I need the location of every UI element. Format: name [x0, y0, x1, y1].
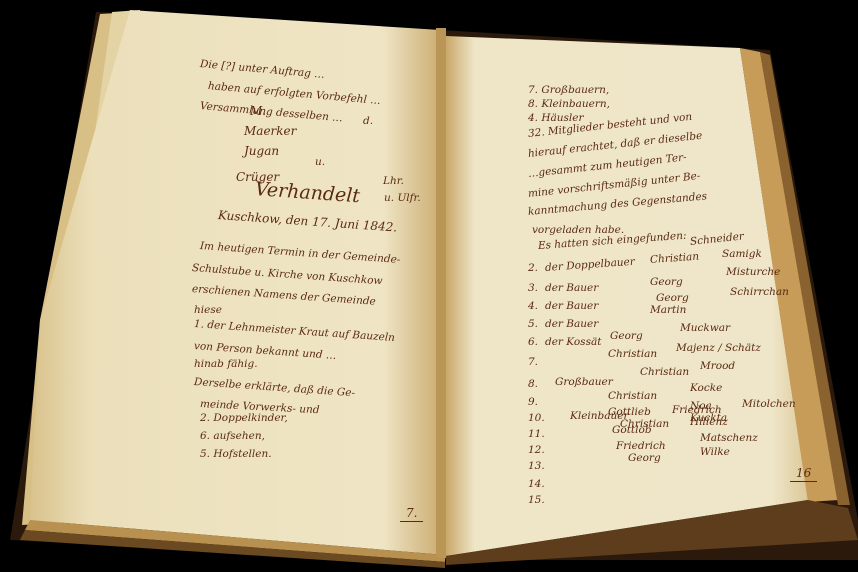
entry-2-last: Samigk	[722, 248, 762, 260]
body-line-10: 2. Doppelkinder,	[200, 412, 288, 424]
marginal-d: d.	[363, 115, 373, 127]
entry-4-first: Georg	[656, 292, 689, 304]
entry-12-num: 12.	[528, 444, 545, 456]
entry-6-role: der Kossät	[545, 336, 601, 348]
entry-6-num: 6.	[528, 336, 538, 348]
entry-9-num: 9.	[528, 396, 538, 408]
entry-3-num: 3.	[528, 282, 538, 294]
entry-5-role: der Bauer	[545, 318, 598, 330]
right-top-1: 7. Großbauern,	[528, 84, 609, 96]
right-top-2: 8. Kleinbauern,	[528, 98, 610, 110]
entry-3-role: der Bauer	[545, 282, 598, 294]
entry-8-num: 8.	[528, 378, 538, 390]
entry-3-last: Misturche	[726, 266, 780, 278]
entry-9-first: Christian	[608, 390, 657, 402]
body-line-12: 5. Hofstellen.	[200, 448, 272, 460]
marginal-lhr: Lhr.	[383, 175, 404, 187]
entry-4-role: der Bauer	[545, 300, 598, 312]
entry-5-first: Martin	[650, 304, 686, 316]
body-line-7: hinab fähig.	[194, 358, 258, 370]
entry-15-last: Wilke	[700, 446, 730, 458]
entry-11-num: 11.	[528, 428, 545, 440]
marginal-ulfr: u. Ulfr.	[384, 192, 421, 204]
entry-6-first: Georg	[610, 330, 643, 342]
entry-5-num: 5.	[528, 318, 538, 330]
entry-12-first: Friedrich	[616, 440, 666, 452]
entry-7-num: 7.	[528, 356, 538, 368]
entry-7-last: Majenz / Schätz	[676, 342, 761, 354]
right-page-number: 16	[790, 466, 817, 482]
entry-13-num: 13.	[528, 460, 545, 472]
entry-4-last: Schirrchan	[730, 286, 789, 298]
book-photo: Die [?] unter Auftrag … haben auf erfolg…	[0, 0, 858, 572]
entry-3-first: Georg	[650, 276, 683, 288]
entry-14-num: 14.	[528, 478, 545, 490]
entry-12-last: Matschenz	[700, 432, 758, 444]
entry-14-last: Kuckta	[690, 412, 727, 424]
entry-13-last: Mitolchen	[742, 398, 796, 410]
entry-8-last: Mrood	[700, 360, 735, 372]
entry-9-last: Kocke	[690, 382, 722, 394]
marginal-u: u.	[315, 156, 325, 168]
entry-2-num: 2.	[528, 262, 538, 274]
left-page-number: 7.	[400, 506, 423, 522]
entry-15-first: Georg	[628, 452, 661, 464]
entry-15-num: 15.	[528, 494, 545, 506]
left-line-5: Maerker	[244, 124, 296, 138]
left-line-4: M.	[250, 104, 266, 118]
entry-8-role: Großbauer	[555, 376, 613, 388]
body-line-4: hiese	[194, 304, 222, 316]
entry-8-first: Christian	[640, 366, 689, 378]
entry-10-num: 10.	[528, 412, 545, 424]
entry-7-first: Christian	[608, 348, 657, 360]
entry-4-num: 4.	[528, 300, 538, 312]
left-line-6: Jugan	[244, 144, 279, 158]
body-line-11: 6. aufsehen,	[200, 430, 265, 442]
entry-14-first: Christian	[620, 418, 669, 430]
entry-6-last: Muckwar	[680, 322, 730, 334]
